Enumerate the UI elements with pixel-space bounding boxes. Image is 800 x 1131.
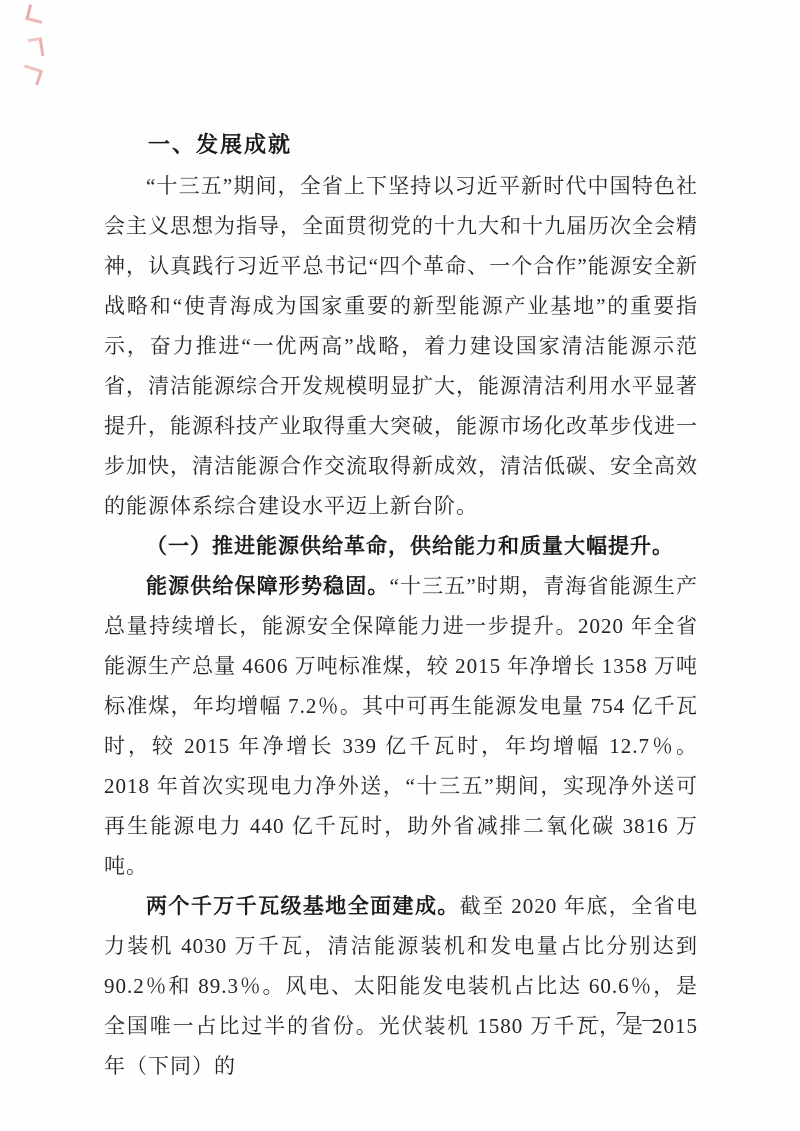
paragraph-body-text: “十三五”时期，青海省能源生产总量持续增长，能源安全保障能力进一步提升。2020… [104, 574, 698, 878]
paragraph-lead-sentence: 两个千万千瓦级基地全面建成。 [146, 894, 460, 918]
stamp-residue-marks [0, 0, 80, 100]
document-body: 一、发展成就 “十三五”期间，全省上下坚持以习近平新时代中国特色社会主义思想为指… [104, 124, 698, 1086]
paragraph-energy-supply: 能源供给保障形势稳固。“十三五”时期，青海省能源生产总量持续增长，能源安全保障能… [104, 566, 698, 886]
red-mark-icon [28, 37, 45, 58]
red-mark-icon [20, 64, 43, 85]
page-number: — 7 — [580, 1004, 666, 1034]
paragraph-body-text: 截至 2020 年底，全省电力装机 4030 万千瓦，清洁能源装机和发电量占比分… [104, 894, 698, 1078]
paragraph-bases-built: 两个千万千瓦级基地全面建成。截至 2020 年底，全省电力装机 4030 万千瓦… [104, 886, 698, 1086]
section-heading: 一、发展成就 [104, 124, 698, 166]
paragraph-lead-sentence: 能源供给保障形势稳固。 [146, 574, 389, 598]
subsection-heading: （一）推进能源供给革命，供给能力和质量大幅提升。 [104, 526, 698, 566]
document-page: 一、发展成就 “十三五”期间，全省上下坚持以习近平新时代中国特色社会主义思想为指… [0, 0, 800, 1131]
red-mark-icon [25, 4, 45, 24]
paragraph-overview: “十三五”期间，全省上下坚持以习近平新时代中国特色社会主义思想为指导，全面贯彻党… [104, 166, 698, 526]
